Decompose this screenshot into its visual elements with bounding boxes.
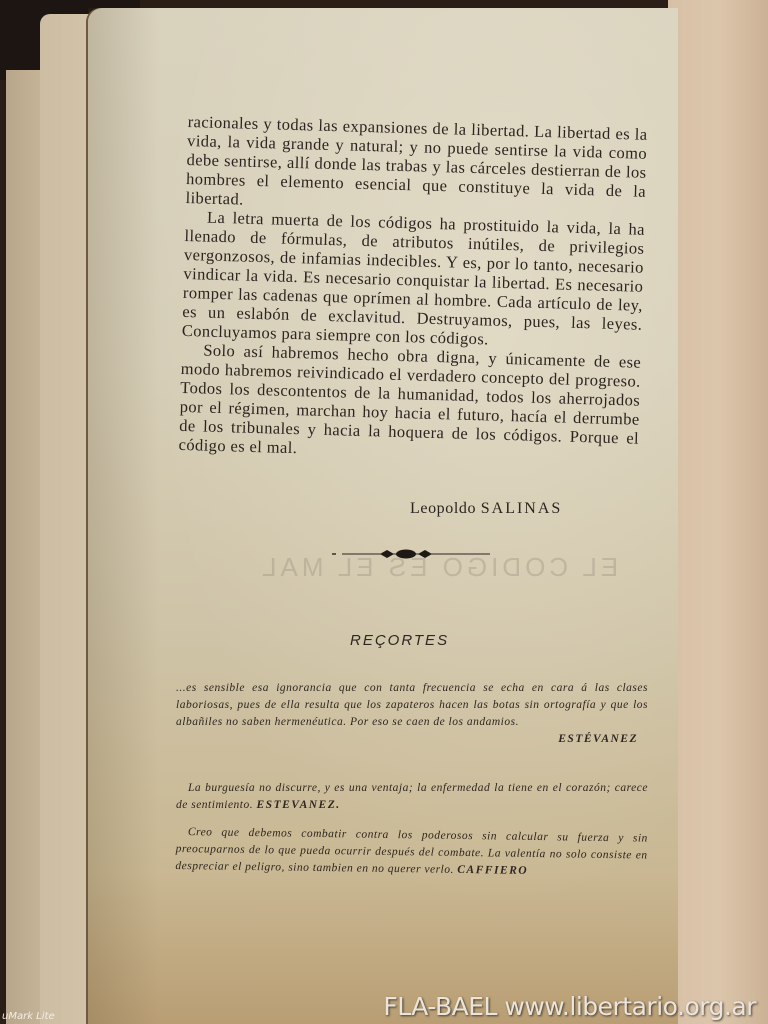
author-first-name: Leopoldo (410, 500, 476, 517)
paragraph: Solo así habremos hecho obra digna, y ún… (178, 340, 641, 467)
author-surname: SALINAS (481, 500, 563, 517)
clipping-author: ESTEVANEZ. (257, 799, 341, 811)
clipping: La burguesía no discurre, y es una venta… (176, 780, 648, 814)
clipping-text: La burguesía no discurre, y es una venta… (176, 782, 648, 811)
paragraph: racionales y todas las expansiones de la… (185, 112, 647, 220)
clipping: Creo que debemos combatir contra los pod… (175, 824, 648, 882)
bleed-through-heading: EL CODIGO ES EL MAL (258, 552, 618, 583)
adjacent-page (668, 0, 768, 1024)
article-body: racionales y todas las expansiones de la… (178, 112, 647, 467)
clipping-author: CAFFIERO (457, 864, 528, 877)
clipping-text: ...es sensible esa ignorancia que con ta… (176, 682, 648, 728)
author-signature: Leopoldo SALINAS (410, 500, 562, 518)
clipping-author: ESTÉVANEZ (176, 731, 648, 748)
watermark-app-label: uMark Lite (2, 1011, 55, 1022)
photo-scene: racionales y todas las expansiones de la… (0, 0, 768, 1024)
clipping-text: Creo que debemos combatir contra los pod… (175, 826, 648, 876)
clipping: ...es sensible esa ignorancia que con ta… (176, 680, 648, 748)
watermark-source: FLA-BAEL www.libertario.org.ar (383, 992, 756, 1021)
section-title: REÇORTES (350, 632, 449, 649)
paragraph: La letra muerta de los códigos ha prosti… (182, 207, 646, 353)
